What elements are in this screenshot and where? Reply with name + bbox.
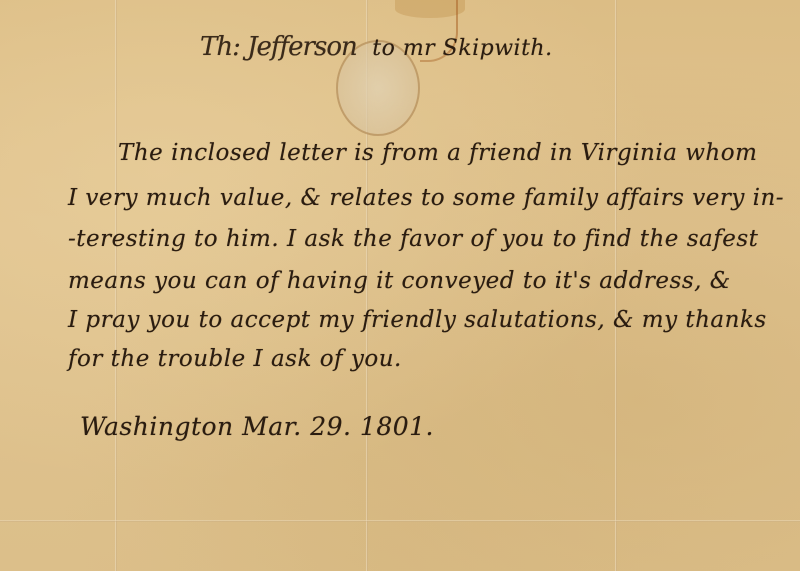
body-line: for the trouble I ask of you. <box>68 346 402 372</box>
letter-page: Th: Jefferson to mr Skipwith. The inclos… <box>0 0 800 571</box>
recipient-line: to mr Skipwith. <box>372 36 552 61</box>
signature: Th: Jefferson <box>200 32 357 62</box>
dateline: Washington Mar. 29. 1801. <box>80 412 434 441</box>
fold-line <box>0 520 800 522</box>
body-line: I very much value, & relates to some fam… <box>68 185 784 211</box>
body-line: I pray you to accept my friendly salutat… <box>68 307 767 333</box>
letter-header: Th: Jefferson to mr Skipwith. <box>200 32 553 62</box>
body-line: The inclosed letter is from a friend in … <box>118 140 757 166</box>
body-line: means you can of having it conveyed to i… <box>68 268 731 294</box>
body-line: -teresting to him. I ask the favor of yo… <box>68 226 758 252</box>
